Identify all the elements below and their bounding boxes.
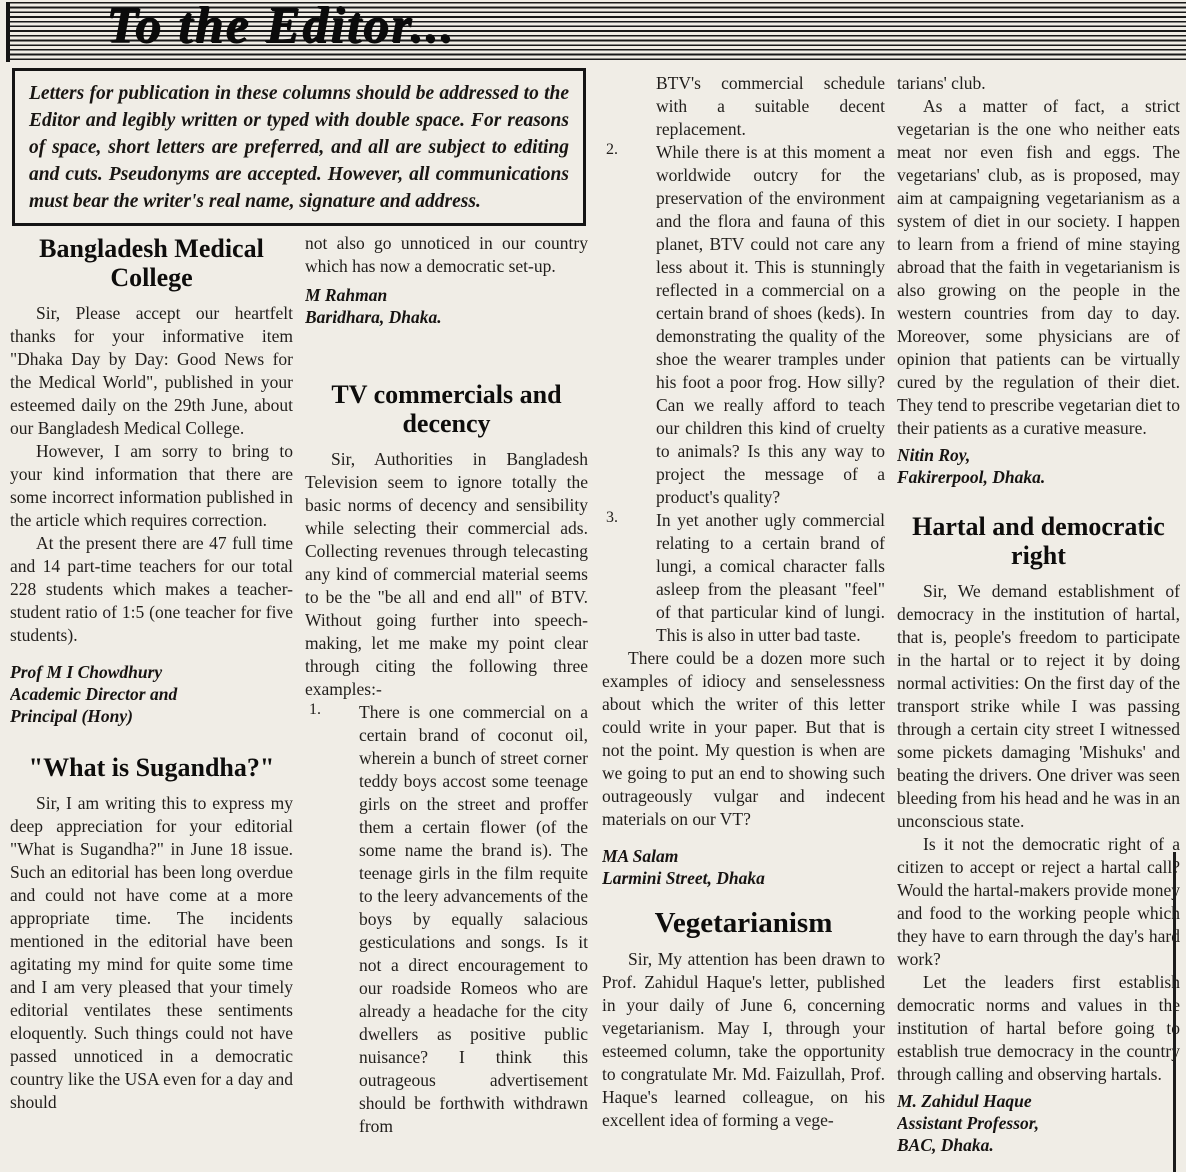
column-4: tarians' club. As a matter of fact, a st… bbox=[897, 68, 1180, 1172]
item-text: While there is at this moment a worldwid… bbox=[656, 141, 885, 509]
letter-heading-hartal: Hartal and democratic right bbox=[903, 512, 1174, 570]
letter-heading-veg: Vegetarianism bbox=[608, 909, 879, 938]
item-text: BTV's commercial schedule with a suitabl… bbox=[656, 72, 885, 141]
letter-paragraph: There could be a dozen more such example… bbox=[602, 647, 885, 831]
column-2: not also go unnoticed in our country whi… bbox=[305, 232, 588, 1172]
item-text: In yet another ugly commercial relating … bbox=[656, 509, 885, 647]
signature-name: Prof M I Chowdhury bbox=[10, 661, 293, 683]
letter-paragraph: Sir, Please accept our heartfelt thanks … bbox=[10, 302, 293, 440]
letter-heading-sugandha: "What is Sugandha?" bbox=[16, 753, 287, 782]
letter-paragraph: Sir, I am writing this to express my dee… bbox=[10, 792, 293, 1114]
signature-block: M Rahman Baridhara, Dhaka. bbox=[305, 284, 588, 328]
numbered-item-1-continuation: BTV's commercial schedule with a suitabl… bbox=[602, 72, 885, 141]
letter-paragraph: Sir, Authorities in Bangladesh Televisio… bbox=[305, 448, 588, 701]
signature-name: Nitin Roy, bbox=[897, 444, 1180, 466]
letter-paragraph: Sir, We demand establishment of democrac… bbox=[897, 580, 1180, 833]
signature-title: Academic Director and bbox=[10, 683, 293, 705]
letter-paragraph: As a matter of fact, a strict vegetarian… bbox=[897, 95, 1180, 440]
left-columns: Bangladesh Medical College Sir, Please a… bbox=[10, 232, 588, 1172]
signature-name: M Rahman bbox=[305, 284, 588, 306]
signature-address: Larmini Street, Dhaka bbox=[602, 867, 885, 889]
letter-paragraph-continuation: tarians' club. bbox=[897, 72, 1180, 95]
left-half: Letters for publication in these columns… bbox=[10, 68, 588, 1172]
page-edge-rule bbox=[1173, 852, 1176, 1172]
letter-paragraph: Let the leaders first establish democrat… bbox=[897, 971, 1180, 1086]
signature-block: M. Zahidul Haque Assistant Professor, BA… bbox=[897, 1090, 1180, 1156]
numbered-item-3: 3. In yet another ugly commercial relati… bbox=[602, 509, 885, 647]
signature-title: Principal (Hony) bbox=[10, 705, 293, 727]
section-title: To the Editor... bbox=[106, 0, 455, 55]
signature-address: Baridhara, Dhaka. bbox=[305, 306, 588, 328]
page-content: Letters for publication in these columns… bbox=[10, 68, 1180, 1172]
editorial-notice-box: Letters for publication in these columns… bbox=[12, 68, 586, 226]
signature-name: M. Zahidul Haque bbox=[897, 1090, 1180, 1112]
right-half: BTV's commercial schedule with a suitabl… bbox=[602, 68, 1180, 1172]
signature-name: MA Salam bbox=[602, 845, 885, 867]
notice-text: Letters for publication in these columns… bbox=[29, 83, 569, 212]
numbered-item-1: 1. There is one commercial on a certain … bbox=[305, 701, 588, 1138]
item-number: 3. bbox=[606, 509, 618, 527]
item-text: There is one commercial on a certain bra… bbox=[359, 701, 588, 1138]
letter-paragraph: At the present there are 47 full time an… bbox=[10, 532, 293, 647]
signature-address: Fakirerpool, Dhaka. bbox=[897, 466, 1180, 488]
masthead-banner: To the Editor... bbox=[6, 2, 1186, 62]
letter-paragraph: However, I am sorry to bring to your kin… bbox=[10, 440, 293, 532]
newspaper-page: To the Editor... Letters for publication… bbox=[0, 0, 1186, 1172]
right-columns: BTV's commercial schedule with a suitabl… bbox=[602, 68, 1180, 1172]
signature-address: BAC, Dhaka. bbox=[897, 1134, 1180, 1156]
signature-block: MA Salam Larmini Street, Dhaka bbox=[602, 845, 885, 889]
column-1: Bangladesh Medical College Sir, Please a… bbox=[10, 232, 293, 1172]
column-3: BTV's commercial schedule with a suitabl… bbox=[602, 68, 885, 1172]
item-number: 1. bbox=[309, 701, 321, 719]
letter-paragraph: Is it not the democratic right of a citi… bbox=[897, 833, 1180, 971]
signature-block: Nitin Roy, Fakirerpool, Dhaka. bbox=[897, 444, 1180, 488]
item-number: 2. bbox=[606, 141, 618, 159]
numbered-item-2: 2. While there is at this moment a world… bbox=[602, 141, 885, 509]
letter-paragraph-continuation: not also go unnoticed in our country whi… bbox=[305, 232, 588, 278]
letter-heading-tv: TV commercials and decency bbox=[311, 380, 582, 438]
letter-heading-bmc: Bangladesh Medical College bbox=[16, 234, 287, 292]
signature-block: Prof M I Chowdhury Academic Director and… bbox=[10, 661, 293, 727]
signature-title: Assistant Professor, bbox=[897, 1112, 1180, 1134]
letter-paragraph: Sir, My attention has been drawn to Prof… bbox=[602, 948, 885, 1132]
